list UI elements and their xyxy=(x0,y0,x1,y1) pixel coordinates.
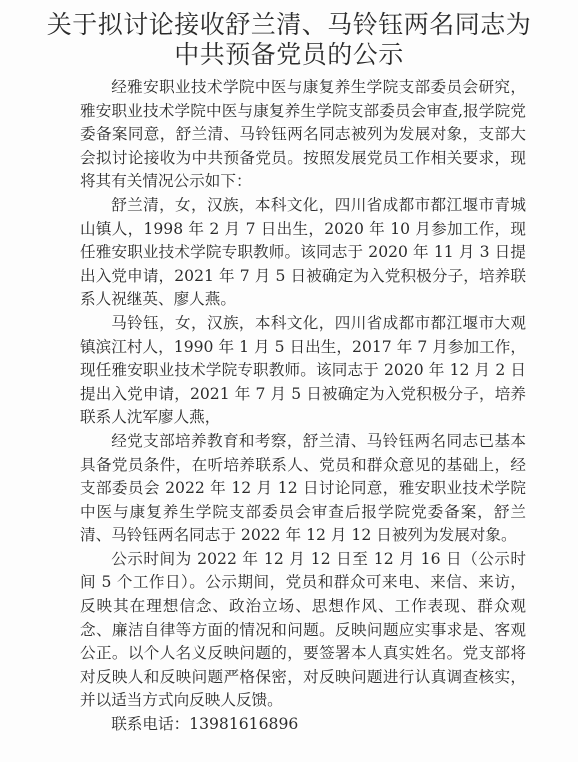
title-line-1: 关于拟讨论接收舒兰清、马铃钰两名同志为 xyxy=(0,10,578,40)
paragraph-candidate-shu-lanqing: 舒兰清，女，汉族，本科文化，四川省成都市都江堰市青城山镇人，1998 年 2 月… xyxy=(80,194,526,312)
document-body: 经雅安职业技术学院中医与康复养生学院支部委员会研究，雅安职业技术学院中医与康复养… xyxy=(80,76,526,737)
document-page: 关于拟讨论接收舒兰清、马铃钰两名同志为 中共预备党员的公示 经雅安职业技术学院中… xyxy=(0,0,578,762)
paragraph-review: 经党支部培养教育和考察，舒兰清、马铃钰两名同志已基本具备党员条件，在听培养联系人… xyxy=(80,430,526,548)
paragraph-intro: 经雅安职业技术学院中医与康复养生学院支部委员会研究，雅安职业技术学院中医与康复养… xyxy=(80,76,526,194)
title-line-2: 中共预备党员的公示 xyxy=(0,40,578,70)
paragraph-candidate-ma-lingyu: 马铃钰，女，汉族，本科文化，四川省成都市都江堰市大观镇滨江村人，1990 年 1… xyxy=(80,312,526,430)
contact-phone: 联系电话：13981616896 xyxy=(80,713,526,737)
paragraph-publicity-period: 公示时间为 2022 年 12 月 12 日至 12 月 16 日（公示时间 5… xyxy=(80,548,526,713)
